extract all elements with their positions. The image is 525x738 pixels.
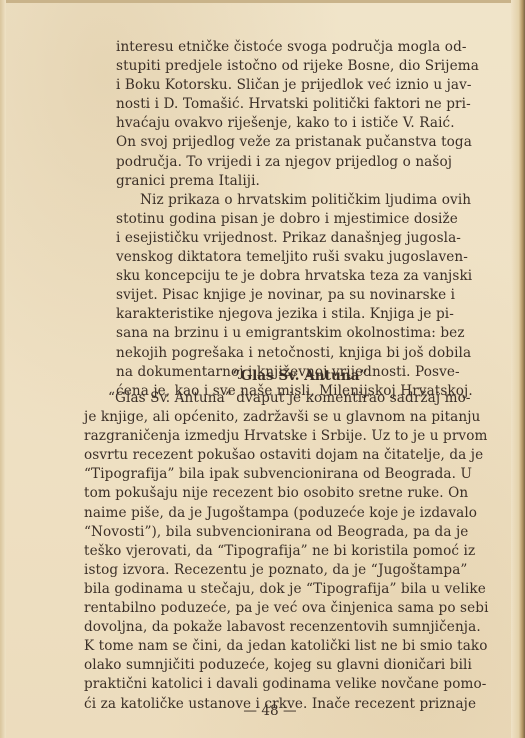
text-line: istog izvora. Recezentu je poznato, da j… bbox=[84, 561, 448, 580]
text-line: K tome nam se čini, da jedan katolički l… bbox=[84, 637, 448, 656]
text-line: i Boku Kotorsku. Sličan je prijedlok već… bbox=[116, 76, 452, 95]
text-line: “Novosti”), bila subvencionirana od Beog… bbox=[84, 523, 448, 542]
text-line: karakteristike njegova jezika i stila. K… bbox=[116, 305, 452, 324]
text-line: praktični katolici i davali godinama vel… bbox=[84, 675, 448, 694]
text-line: “Tipografija” bila ipak subvencionirana … bbox=[84, 465, 448, 484]
text-line: bila godinama u stečaju, dok je “Tipogra… bbox=[84, 580, 448, 599]
text-line: osvrtu recezent pokušao ostaviti dojam n… bbox=[84, 446, 448, 465]
text-line: svijet. Pisac knjige je novinar, pa su n… bbox=[116, 286, 452, 305]
text-line: tom pokušaju nije recezent bio osobito s… bbox=[84, 484, 448, 503]
text-line: Niz prikaza o hrvatskim političkim ljudi… bbox=[116, 191, 452, 210]
text-line: olako sumnjičiti poduzeće, kojeg su glav… bbox=[84, 656, 448, 675]
text-line: hvaćaju ovakvo riješenje, kako to i isti… bbox=[116, 114, 452, 133]
text-section-2: “Glas Sv. Antuna” dvaput je komentirao s… bbox=[84, 389, 448, 714]
page-right-edge bbox=[511, 0, 525, 738]
section-heading: “Glas Sv. Antuna” bbox=[200, 368, 400, 384]
text-line: granici prema Italiji. bbox=[116, 172, 452, 191]
text-line: područja. To vrijedi i za njegov prijedl… bbox=[116, 153, 452, 172]
text-line: i esejističku vrijednost. Prikaz današnj… bbox=[116, 229, 452, 248]
page-left-edge bbox=[0, 0, 6, 738]
text-line: venskog diktatora temeljito ruši svaku j… bbox=[116, 248, 452, 267]
text-line: “Glas Sv. Antuna” dvaput je komentirao s… bbox=[84, 389, 448, 408]
text-line: nosti i D. Tomašić. Hrvatski politički f… bbox=[116, 95, 452, 114]
text-line: On svoj prijedlog veže za pristanak puča… bbox=[116, 133, 452, 152]
text-line: dovoljna, da pokaže labavost recenzentov… bbox=[84, 618, 448, 637]
page-number: — 48 — bbox=[240, 703, 300, 719]
text-line: stotinu godina pisan je dobro i mjestimi… bbox=[116, 210, 452, 229]
text-line: nekojih pogrešaka i netočnosti, knjiga b… bbox=[116, 344, 452, 363]
page-top-edge bbox=[0, 0, 525, 3]
text-line: sana na brzinu i u emigrantskim okolnost… bbox=[116, 324, 452, 343]
text-section-1: interesu etničke čistoće svoga područja … bbox=[116, 38, 452, 401]
book-page: interesu etničke čistoće svoga područja … bbox=[0, 0, 525, 738]
text-line: sku koncepciju te je dobra hrvatska teza… bbox=[116, 267, 452, 286]
text-line: rentabilno poduzeće, pa je već ova činje… bbox=[84, 599, 448, 618]
text-line: stupiti predjele istočno od rijeke Bosne… bbox=[116, 57, 452, 76]
text-line: razgraničenja izmedju Hrvatske i Srbije.… bbox=[84, 427, 448, 446]
text-line: naime piše, da je Jugoštampa (poduzeće k… bbox=[84, 504, 448, 523]
text-line: je knjige, ali općenito, zadržavši se u … bbox=[84, 408, 448, 427]
text-line: teško vjerovati, da “Tipografija” ne bi … bbox=[84, 542, 448, 561]
text-line: interesu etničke čistoće svoga područja … bbox=[116, 38, 452, 57]
